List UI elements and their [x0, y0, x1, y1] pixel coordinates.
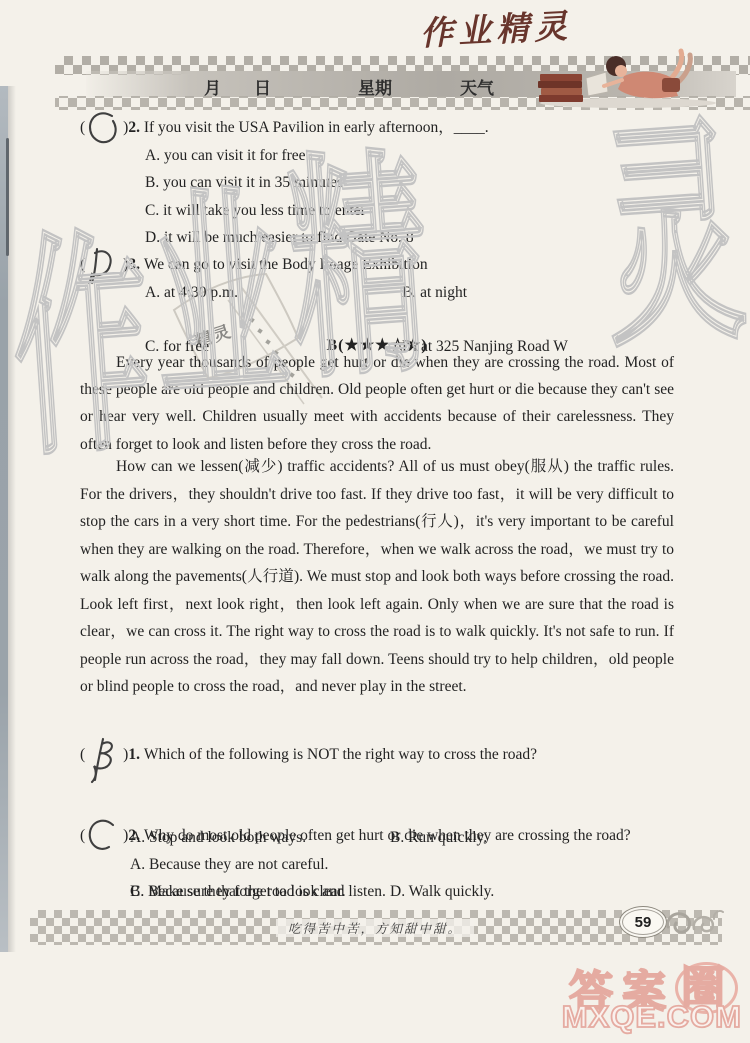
question-number: 2. [128, 827, 140, 844]
question-b2-options: A. Because they are not careful. B. Beca… [80, 851, 724, 906]
question-stem: We can go to visit the Body Image Exhibi… [144, 256, 428, 273]
question-a3-options-row1: A. at 4:30 p.m. B. at night [80, 279, 674, 306]
question-number: 3. [128, 256, 140, 273]
passage-paragraph-2: How can we lessen(减少) traffic accidents?… [80, 453, 674, 701]
question-number: 2. [128, 119, 140, 136]
option-b: B. you can visit it in 35 minutes [145, 169, 739, 196]
swirl-ornament-icon [664, 903, 726, 945]
answer-mark-slot [85, 268, 123, 269]
option-a: A. you can visit it for free [145, 142, 739, 169]
question-b1-line: ()1. Which of the following is NOT the r… [80, 741, 674, 768]
option-a: A. Because they are not careful. [130, 851, 724, 878]
paren-open: ( [80, 827, 85, 844]
option-b: B. at night [402, 279, 467, 306]
reading-girl-illustration [528, 44, 718, 110]
footer-motto: 吃得苦中苦，方知甜中甜。 [276, 919, 474, 937]
paren-open: ( [80, 119, 85, 136]
question-a2-options: A. you can visit it for free B. you can … [80, 142, 739, 252]
passage-paragraph-1: Every year thousands of people get hurt … [80, 349, 674, 458]
answer-mark-slot [85, 839, 123, 840]
question-stem: Why do most old people often get hurt or… [144, 827, 631, 844]
answer-mark-slot [85, 131, 123, 132]
handwritten-answer-mark-b [87, 736, 117, 786]
answer-mark-slot [85, 758, 123, 759]
option-b: B. Because they forget to look and liste… [130, 878, 724, 905]
page-number-badge: 59 [619, 906, 667, 938]
site-url-watermark: MXQE.COM [562, 999, 742, 1035]
option-c: C. it will take you less time to enter [145, 197, 739, 224]
scan-torn-edge [0, 86, 8, 952]
question-a2-line: ()2. If you visit the USA Pavilion in ea… [80, 114, 674, 141]
paren-open: ( [80, 256, 85, 273]
scan-edge-shadow [8, 86, 16, 952]
option-a: A. at 4:30 p.m. [145, 279, 238, 306]
option-d: D. it will be much easier to find Gate N… [145, 224, 739, 251]
question-stem: If you visit the USA Pavilion in early a… [144, 119, 489, 136]
question-number: 1. [128, 746, 140, 763]
question-a3-line: ()3. We can go to visit the Body Image E… [80, 251, 674, 278]
question-stem: Which of the following is NOT the right … [144, 746, 537, 763]
question-b2-line: ()2. Why do most old people often get hu… [80, 822, 674, 849]
paren-open: ( [80, 746, 85, 763]
page-number: 59 [635, 914, 652, 931]
